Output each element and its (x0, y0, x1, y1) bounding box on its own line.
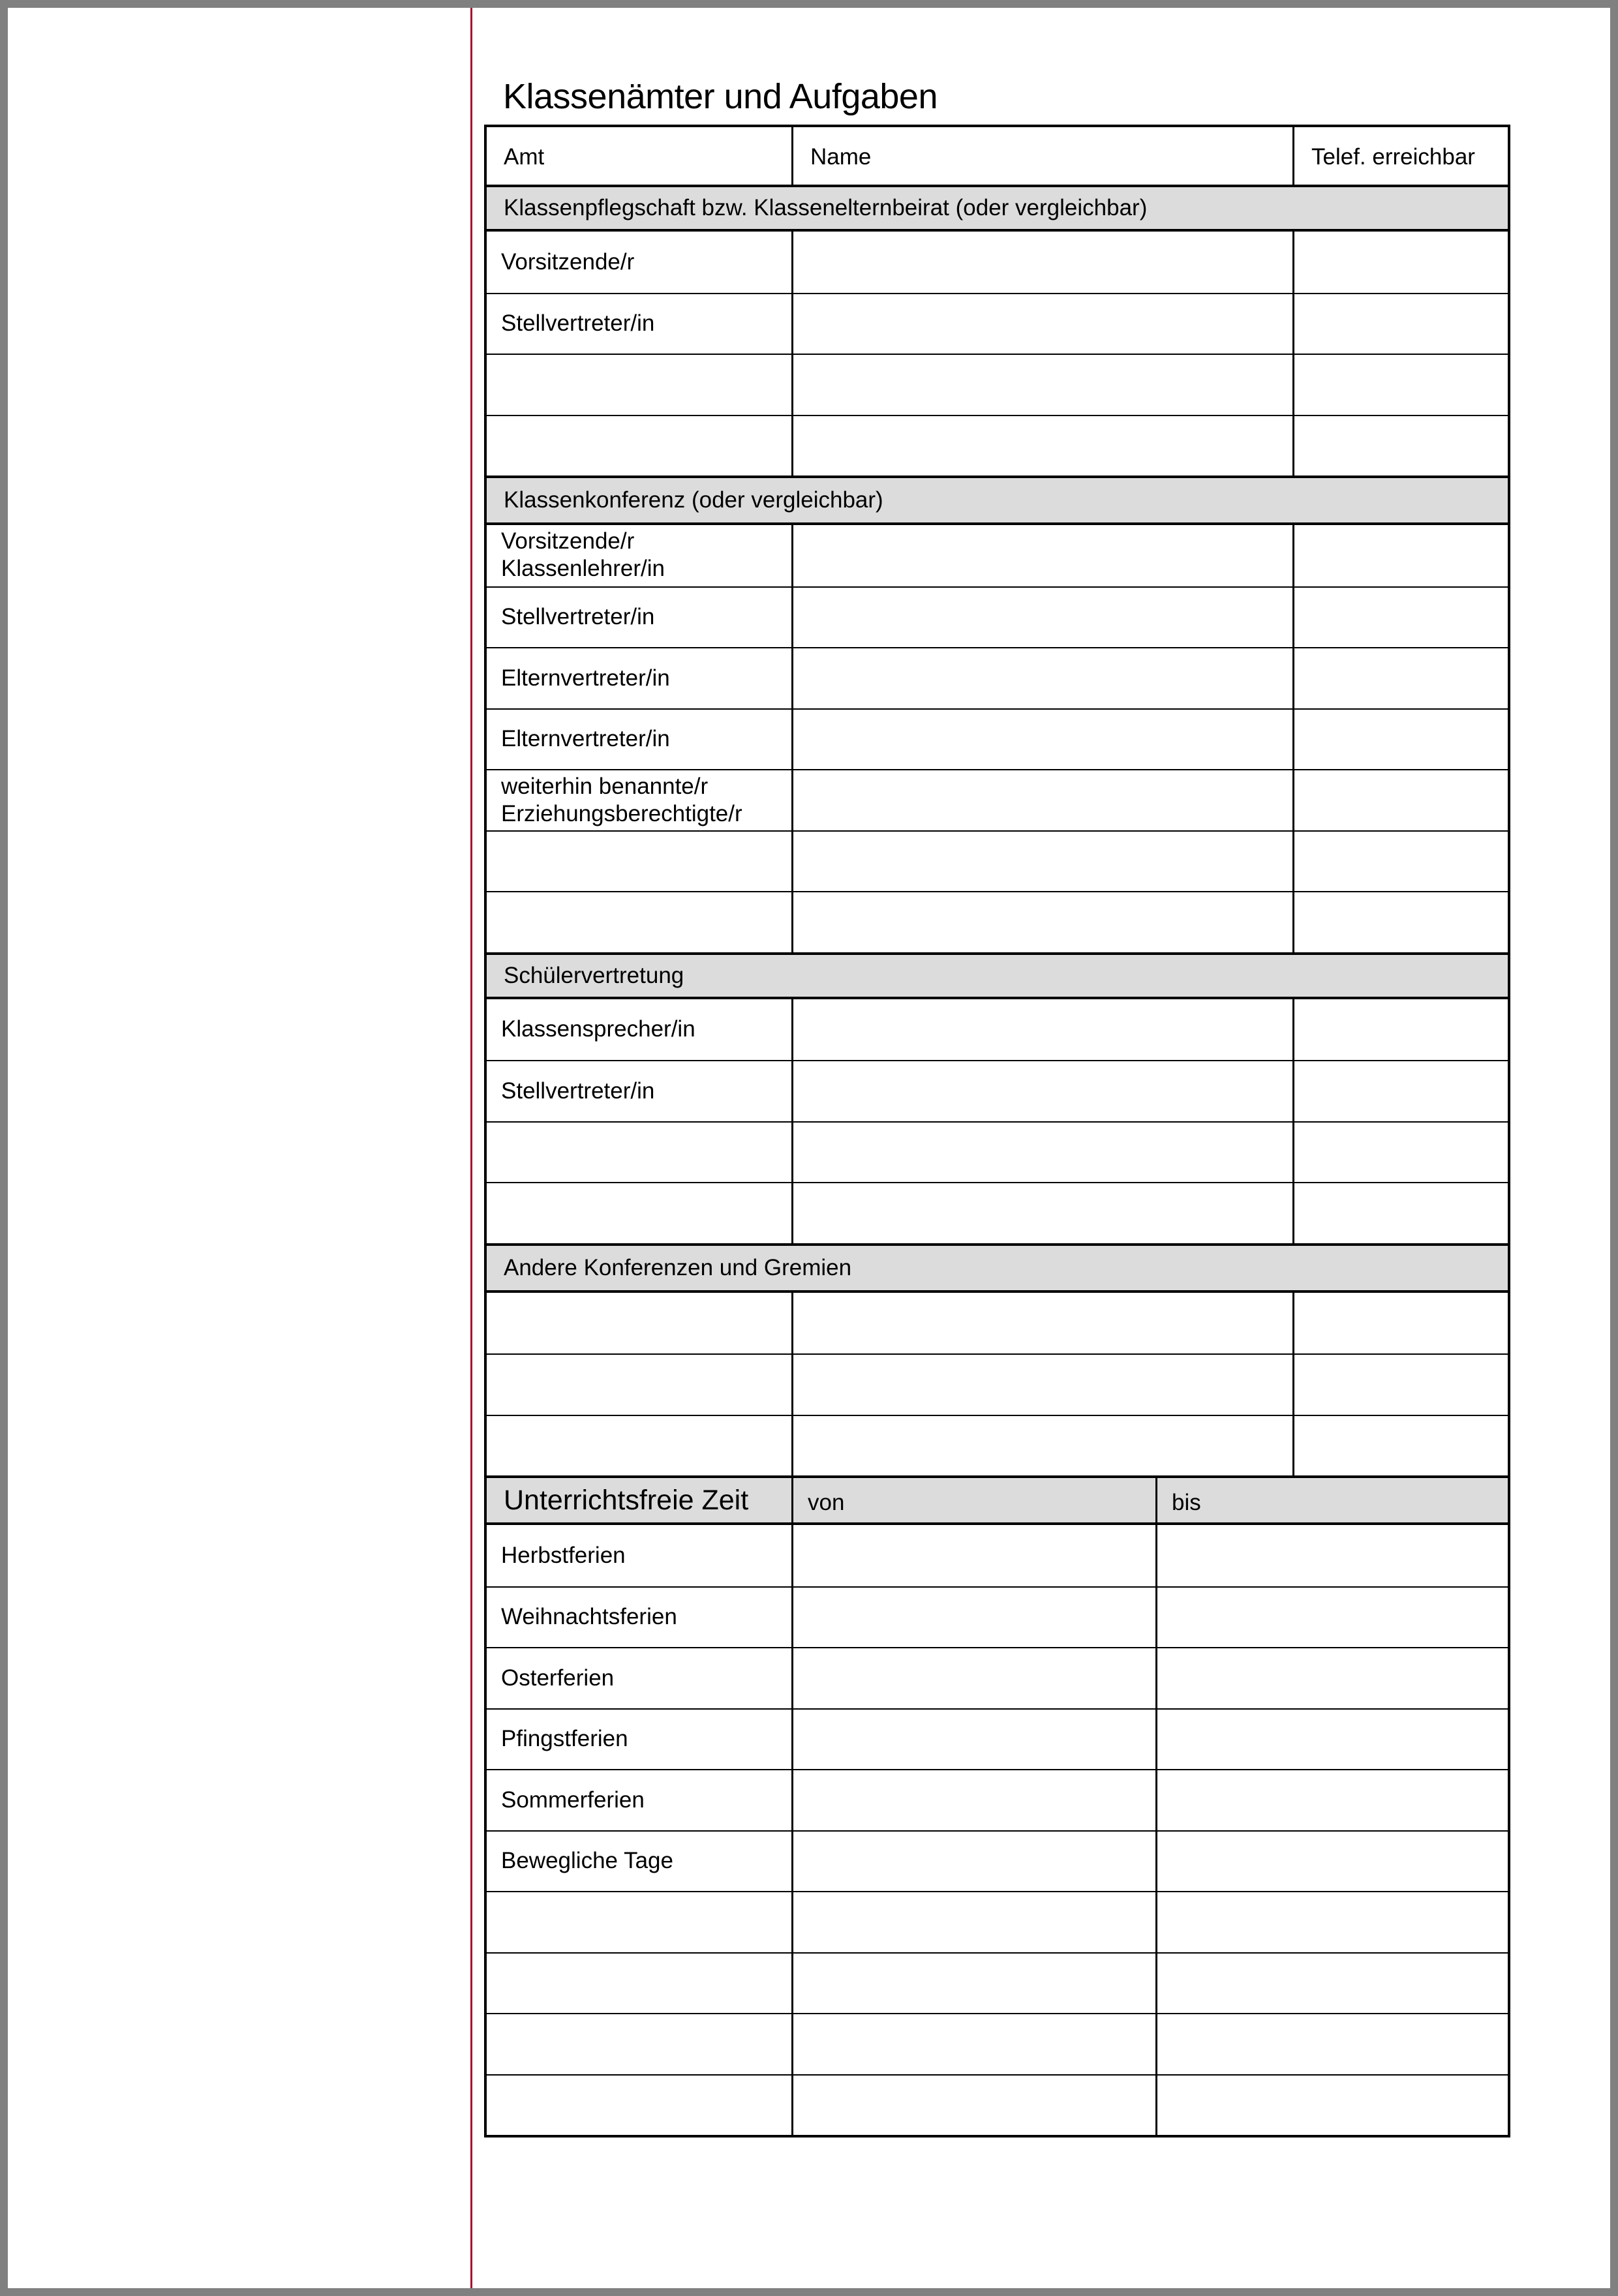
section-heading: Andere Konferenzen und Gremien (487, 1246, 1508, 1290)
column-header-telefon: Telef. erreichbar (1292, 127, 1508, 185)
section-heading: Schülervertretung (487, 955, 1508, 997)
holiday-to-field[interactable] (1155, 1525, 1508, 1586)
holiday-to-field[interactable] (1155, 1954, 1508, 2014)
holiday-from-field[interactable] (791, 1954, 1155, 2014)
section-heading-row: Andere Konferenzen und Gremien (487, 1243, 1508, 1293)
holiday-label[interactable] (487, 2014, 791, 2074)
telefon-field[interactable] (1292, 355, 1508, 415)
section-heading-row: Klassenpflegschaft bzw. Klasseneltern­be… (487, 185, 1508, 232)
name-field[interactable] (791, 294, 1292, 354)
name-field[interactable] (791, 648, 1292, 708)
holidays-heading-row: Unterrichtsfreie Zeitvonbis (487, 1475, 1508, 1525)
amt-cell[interactable] (487, 832, 791, 892)
holiday-label: Bewegliche Tage (487, 1832, 791, 1892)
table-row (487, 415, 1508, 476)
holiday-to-field[interactable] (1155, 2076, 1508, 2136)
document-page: Klassenämter und Aufgaben Amt Name Telef… (8, 8, 1610, 2288)
holiday-row: Pfingstferien (487, 1708, 1508, 1770)
name-field[interactable] (791, 832, 1292, 892)
page-title: Klassenämter und Aufgaben (503, 76, 938, 117)
holiday-from-field[interactable] (791, 1710, 1155, 1770)
holiday-from-field[interactable] (791, 1648, 1155, 1708)
table-row: weiterhin benannte/rErziehungsberechtigt… (487, 769, 1508, 830)
table-row (487, 1182, 1508, 1243)
table-row: Vorsitzende/r (487, 232, 1508, 293)
telefon-field[interactable] (1292, 999, 1508, 1061)
table-row: Stellvertreter/in (487, 1060, 1508, 1121)
holiday-row (487, 1952, 1508, 2014)
holidays-heading: Unterrichtsfreie Zeit (487, 1478, 791, 1522)
holiday-from-field[interactable] (791, 1832, 1155, 1892)
amt-cell[interactable] (487, 355, 791, 415)
table-row (487, 1121, 1508, 1183)
column-header-amt: Amt (487, 127, 791, 185)
name-field[interactable] (791, 1416, 1292, 1476)
table-row (487, 830, 1508, 892)
holiday-label[interactable] (487, 2076, 791, 2136)
table-row: Stellvertreter/in (487, 586, 1508, 648)
section-heading-row: Klassenkonferenz (oder vergleichbar) (487, 476, 1508, 525)
name-field[interactable] (791, 1123, 1292, 1183)
amt-cell[interactable] (487, 1293, 791, 1354)
holiday-label[interactable] (487, 1954, 791, 2014)
telefon-field[interactable] (1292, 648, 1508, 708)
table-row (487, 1293, 1508, 1354)
table-row (487, 1415, 1508, 1476)
name-field[interactable] (791, 710, 1292, 770)
amt-label-line: Vorsitzende/r (501, 528, 665, 555)
amt-cell[interactable] (487, 1123, 791, 1183)
holiday-row: Herbstferien (487, 1525, 1508, 1586)
margin-line (470, 8, 472, 2288)
holiday-row (487, 2013, 1508, 2074)
table-row: Elternvertreter/in (487, 647, 1508, 708)
telefon-field[interactable] (1292, 1123, 1508, 1183)
table-row (487, 1353, 1508, 1415)
name-field[interactable] (791, 1183, 1292, 1243)
amt-cell: Stellvertreter/in (487, 294, 791, 354)
telefon-field[interactable] (1292, 1355, 1508, 1415)
telefon-field[interactable] (1292, 294, 1508, 354)
amt-label-line: Klassenlehrer/in (501, 555, 665, 582)
table-header-row: Amt Name Telef. erreichbar (487, 127, 1508, 185)
name-field[interactable] (791, 416, 1292, 476)
section-heading: Klassenkonferenz (oder vergleichbar) (487, 478, 1508, 522)
telefon-field[interactable] (1292, 416, 1508, 476)
holiday-label[interactable] (487, 1892, 791, 1952)
holiday-from-field[interactable] (791, 1588, 1155, 1648)
name-field[interactable] (791, 525, 1292, 586)
telefon-field[interactable] (1292, 1293, 1508, 1354)
telefon-field[interactable] (1292, 525, 1508, 586)
class-offices-table: Amt Name Telef. erreichbar Klassenpflegs… (484, 125, 1510, 2137)
holiday-label: Sommerferien (487, 1770, 791, 1830)
column-header-bis: bis (1155, 1478, 1508, 1522)
telefon-field[interactable] (1292, 1416, 1508, 1476)
holiday-label: Herbstferien (487, 1525, 791, 1586)
table-row: Vorsitzende/rKlassenlehrer/in (487, 525, 1508, 586)
holiday-to-field[interactable] (1155, 1710, 1508, 1770)
section-heading: Klassenpflegschaft bzw. Klasseneltern­be… (487, 187, 1508, 229)
amt-cell[interactable] (487, 892, 791, 952)
name-field[interactable] (791, 1061, 1292, 1121)
amt-cell: Elternvertreter/in (487, 648, 791, 708)
holiday-to-field[interactable] (1155, 1648, 1508, 1708)
holiday-to-field[interactable] (1155, 1770, 1508, 1830)
amt-cell: Elternvertreter/in (487, 710, 791, 770)
holiday-from-field[interactable] (791, 1892, 1155, 1952)
name-field[interactable] (791, 999, 1292, 1061)
table-row (487, 891, 1508, 952)
holiday-from-field[interactable] (791, 2014, 1155, 2074)
telefon-field[interactable] (1292, 770, 1508, 830)
table-row: Klassensprecher/in (487, 999, 1508, 1061)
name-field[interactable] (791, 1355, 1292, 1415)
column-header-name: Name (791, 127, 1292, 185)
column-header-von: von (791, 1478, 1155, 1522)
holiday-row: Osterferien (487, 1647, 1508, 1708)
name-field[interactable] (791, 355, 1292, 415)
amt-cell: Klassensprecher/in (487, 999, 791, 1061)
amt-cell: weiterhin benannte/rErziehungsberechtigt… (487, 770, 791, 830)
holiday-from-field[interactable] (791, 1770, 1155, 1830)
holiday-row: Bewegliche Tage (487, 1830, 1508, 1892)
name-field[interactable] (791, 232, 1292, 293)
holiday-label: Weihnachtsferien (487, 1588, 791, 1648)
holiday-from-field[interactable] (791, 1525, 1155, 1586)
telefon-field[interactable] (1292, 232, 1508, 293)
telefon-field[interactable] (1292, 710, 1508, 770)
holiday-to-field[interactable] (1155, 1588, 1508, 1648)
holiday-row: Weihnachtsferien (487, 1586, 1508, 1648)
amt-cell[interactable] (487, 416, 791, 476)
amt-cell[interactable] (487, 1416, 791, 1476)
holiday-to-field[interactable] (1155, 2014, 1508, 2074)
telefon-field[interactable] (1292, 832, 1508, 892)
amt-cell: Stellvertreter/in (487, 588, 791, 648)
holiday-to-field[interactable] (1155, 1832, 1508, 1892)
name-field[interactable] (791, 770, 1292, 830)
telefon-field[interactable] (1292, 892, 1508, 952)
amt-cell[interactable] (487, 1183, 791, 1243)
amt-cell[interactable] (487, 1355, 791, 1415)
table-row: Stellvertreter/in (487, 293, 1508, 354)
amt-label-line: weiterhin benannte/r (501, 773, 742, 800)
telefon-field[interactable] (1292, 1183, 1508, 1243)
amt-cell: Vorsitzende/r (487, 232, 791, 293)
holiday-label: Osterferien (487, 1648, 791, 1708)
telefon-field[interactable] (1292, 1061, 1508, 1121)
name-field[interactable] (791, 892, 1292, 952)
amt-cell: Vorsitzende/rKlassenlehrer/in (487, 525, 791, 586)
holiday-row: Sommerferien (487, 1769, 1508, 1830)
name-field[interactable] (791, 588, 1292, 648)
telefon-field[interactable] (1292, 588, 1508, 648)
name-field[interactable] (791, 1293, 1292, 1354)
amt-cell: Stellvertreter/in (487, 1061, 791, 1121)
holiday-row (487, 2074, 1508, 2136)
holiday-row (487, 1891, 1508, 1952)
section-heading-row: Schülervertretung (487, 952, 1508, 999)
amt-label-line: Erziehungsberechtigte/r (501, 800, 742, 828)
table-row: Elternvertreter/in (487, 708, 1508, 770)
holiday-label: Pfingstferien (487, 1710, 791, 1770)
holiday-to-field[interactable] (1155, 1892, 1508, 1952)
holiday-from-field[interactable] (791, 2076, 1155, 2136)
table-row (487, 354, 1508, 415)
